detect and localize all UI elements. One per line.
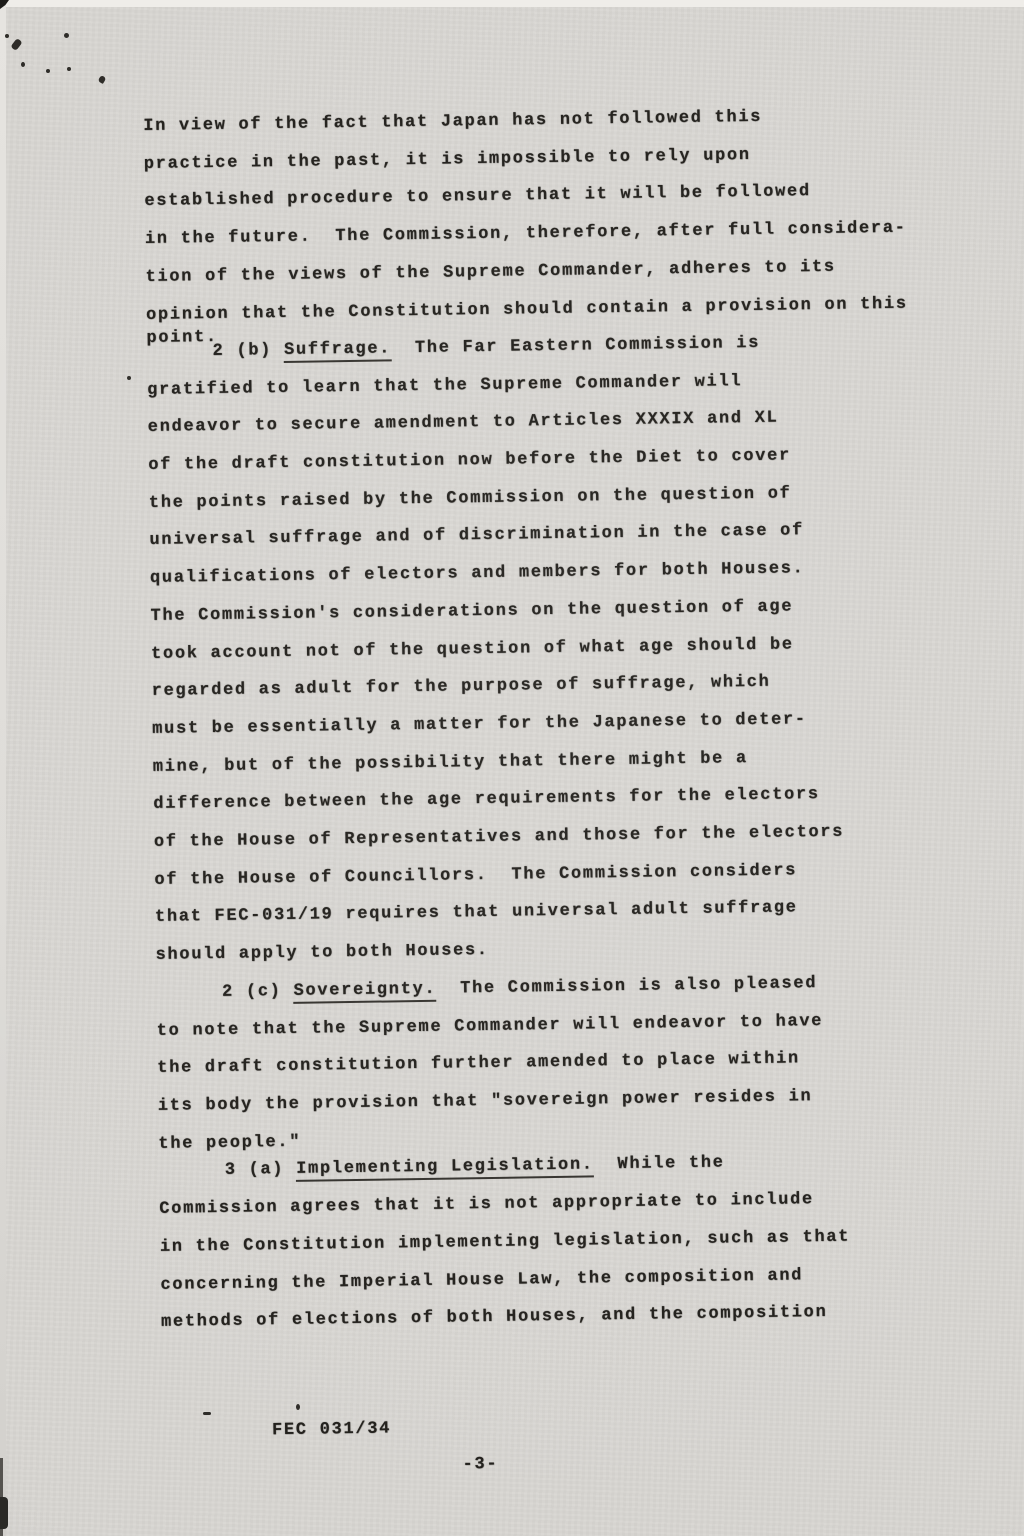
text-segment: opinion that the Constitution should con… <box>146 294 908 324</box>
text-segment: qualifications of electors and members f… <box>150 559 805 588</box>
text-segment: The Commission's considerations on the q… <box>150 597 793 626</box>
page-number: -3- <box>462 1455 498 1475</box>
text-segment: endeavor to secure amendment to Articles… <box>148 409 779 437</box>
scan-edge-top <box>0 0 1024 7</box>
underlined-heading: Sovereignty. <box>293 980 436 1004</box>
ink-speck <box>127 376 131 380</box>
underlined-heading: Implementing Legislation. <box>296 1156 594 1182</box>
text-segment: 2 (b) <box>212 341 284 361</box>
ink-speck <box>10 38 22 51</box>
text-segment: Commission agrees that it is not appropr… <box>159 1190 814 1219</box>
scan-edge-left <box>0 0 6 1536</box>
page-footer: FEC 031/34 -3- <box>162 1364 964 1527</box>
text-segment: point. <box>146 328 218 348</box>
ink-speck <box>46 69 50 73</box>
text-segment: The Far Eastern Commission is <box>391 334 760 358</box>
text-segment: must be essentially a matter for the Jap… <box>152 710 807 739</box>
text-segment: While the <box>594 1154 725 1175</box>
text-segment: that FEC-031/19 requires that universal … <box>155 899 798 928</box>
text-segment: took account not of the question of what… <box>151 635 794 664</box>
text-segment: its body the provision that "sovereign p… <box>158 1087 813 1116</box>
text-segment: in the future. The Commission, therefore… <box>145 219 907 249</box>
text-segment: In view of the fact that Japan has not f… <box>143 108 762 136</box>
text-segment: the draft constitution further amended t… <box>157 1050 800 1079</box>
document-id: FEC 031/34 <box>272 1419 391 1440</box>
ink-speck <box>64 33 69 38</box>
text-segment: concerning the Imperial House Law, the c… <box>160 1266 803 1295</box>
text-segment: tion of the views of the Supreme Command… <box>145 258 836 287</box>
text-segment: universal suffrage and of discrimination… <box>149 522 804 551</box>
text-segment: to note that the Supreme Commander will … <box>157 1012 824 1041</box>
text-segment: practice in the past, it is impossible t… <box>144 146 751 174</box>
text-segment: regarded as adult for the purpose of suf… <box>152 673 771 701</box>
text-segment: gratified to learn that the Supreme Comm… <box>147 372 742 400</box>
text-segment: in the Constitution implementing legisla… <box>160 1227 851 1256</box>
text-segment: 2 (c) <box>222 982 294 1002</box>
text-segment: the points raised by the Commission on t… <box>149 484 792 513</box>
text-segment: should apply to both Houses. <box>155 941 488 965</box>
text-segment: The Commission is also pleased <box>436 974 817 999</box>
underlined-heading: Suffrage. <box>284 339 391 363</box>
text-segment: established procedure to ensure that it … <box>144 183 811 212</box>
document-page: In view of the fact that Japan has not f… <box>0 0 1024 1536</box>
ink-speck <box>5 34 9 38</box>
text-segment: of the House of Councillors. The Commiss… <box>154 861 797 890</box>
text-segment: of the House of Representatives and thos… <box>154 823 845 852</box>
text-segment: methods of elections of both Houses, and… <box>161 1303 828 1332</box>
document-body: In view of the fact that Japan has not f… <box>143 96 964 1526</box>
ink-speck <box>21 62 25 67</box>
ink-speck <box>98 75 107 84</box>
text-segment: difference between the age requirements … <box>153 785 820 814</box>
scan-artifact-blob <box>0 1497 8 1529</box>
text-segment: of the draft constitution now before the… <box>148 446 791 475</box>
text-segment: mine, but of the possibility that there … <box>153 749 748 777</box>
text-segment: 3 (a) <box>225 1160 297 1180</box>
text-segment: the people." <box>158 1132 301 1153</box>
ink-speck <box>67 67 71 71</box>
